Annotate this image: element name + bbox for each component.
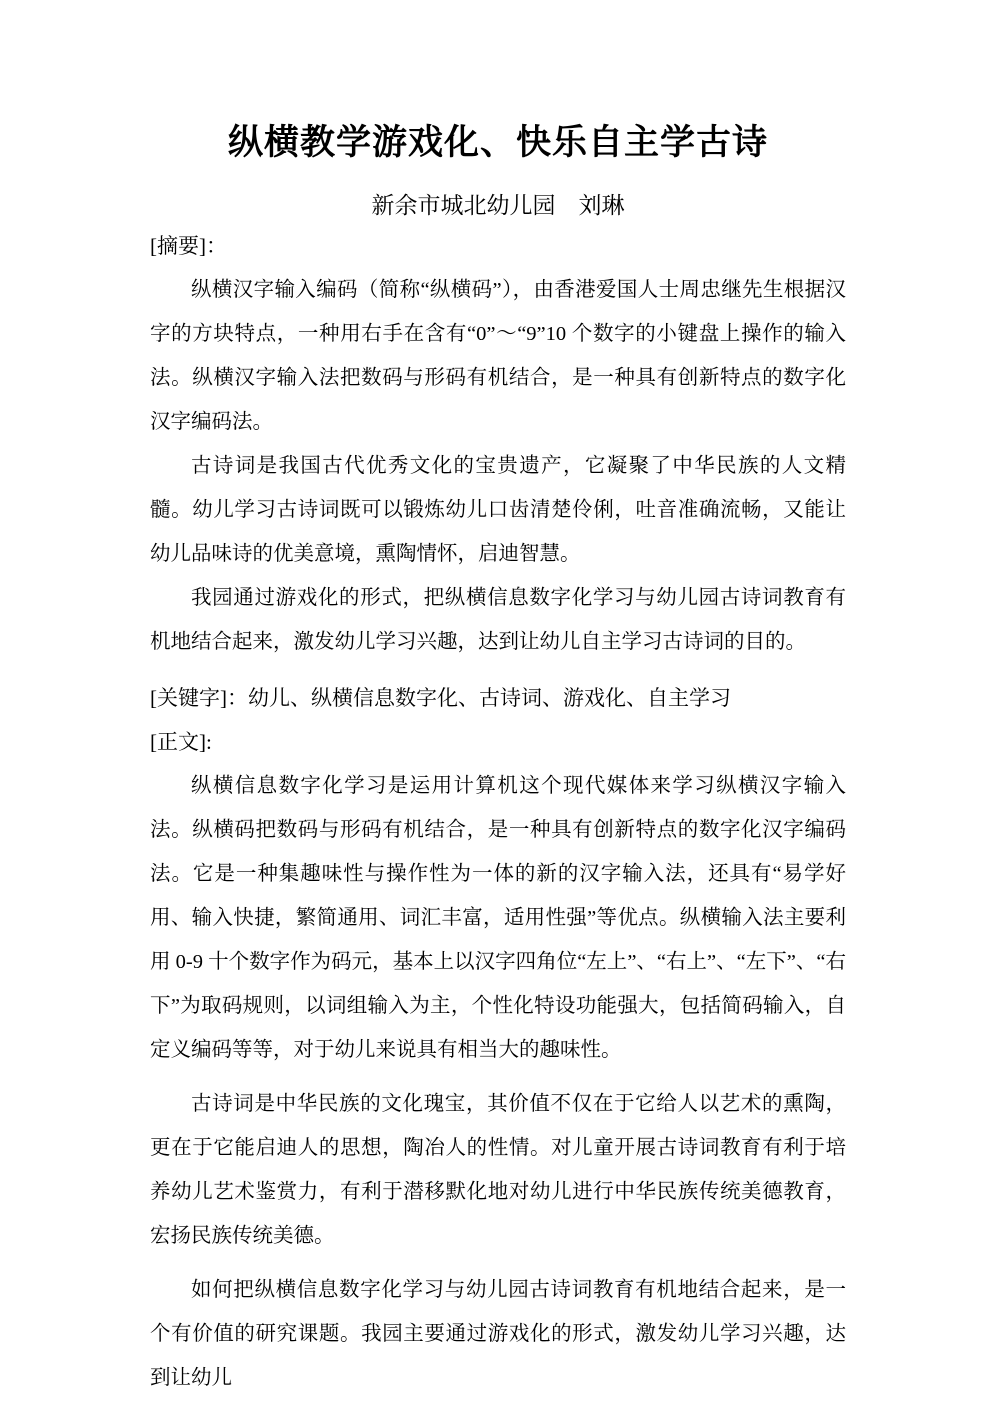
body-label: [正文]: — [150, 720, 846, 764]
document-content: 纵横教学游戏化、快乐自主学古诗 新余市城北幼儿园 刘琳 [摘要]： 纵横汉字输入… — [0, 0, 992, 1400]
abstract-paragraph: 古诗词是我国古代优秀文化的宝贵遗产，它凝聚了中华民族的人文精髓。幼儿学习古诗词既… — [150, 444, 846, 576]
body-paragraph: 纵横信息数字化学习是运用计算机这个现代媒体来学习纵横汉字输入法。纵横码把数码与形… — [150, 764, 846, 1072]
author-line: 新余市城北幼儿园 刘琳 — [150, 191, 846, 221]
document-page: 纵横教学游戏化、快乐自主学古诗 新余市城北幼儿园 刘琳 [摘要]： 纵横汉字输入… — [0, 0, 992, 1403]
body-paragraph: 古诗词是中华民族的文化瑰宝，其价值不仅在于它给人以艺术的熏陶，更在于它能启迪人的… — [150, 1082, 846, 1258]
abstract-paragraph: 纵横汉字输入编码（简称“纵横码”），由香港爱国人士周忠继先生根据汉字的方块特点，… — [150, 268, 846, 444]
keywords-line: [关键字]：幼儿、纵横信息数字化、古诗词、游戏化、自主学习 — [150, 676, 846, 720]
document-title: 纵横教学游戏化、快乐自主学古诗 — [150, 119, 846, 167]
abstract-label: [摘要]： — [150, 224, 846, 268]
abstract-paragraph: 我园通过游戏化的形式，把纵横信息数字化学习与幼儿园古诗词教育有机地结合起来，激发… — [150, 576, 846, 664]
body-paragraph: 如何把纵横信息数字化学习与幼儿园古诗词教育有机地结合起来，是一个有价值的研究课题… — [150, 1268, 846, 1400]
